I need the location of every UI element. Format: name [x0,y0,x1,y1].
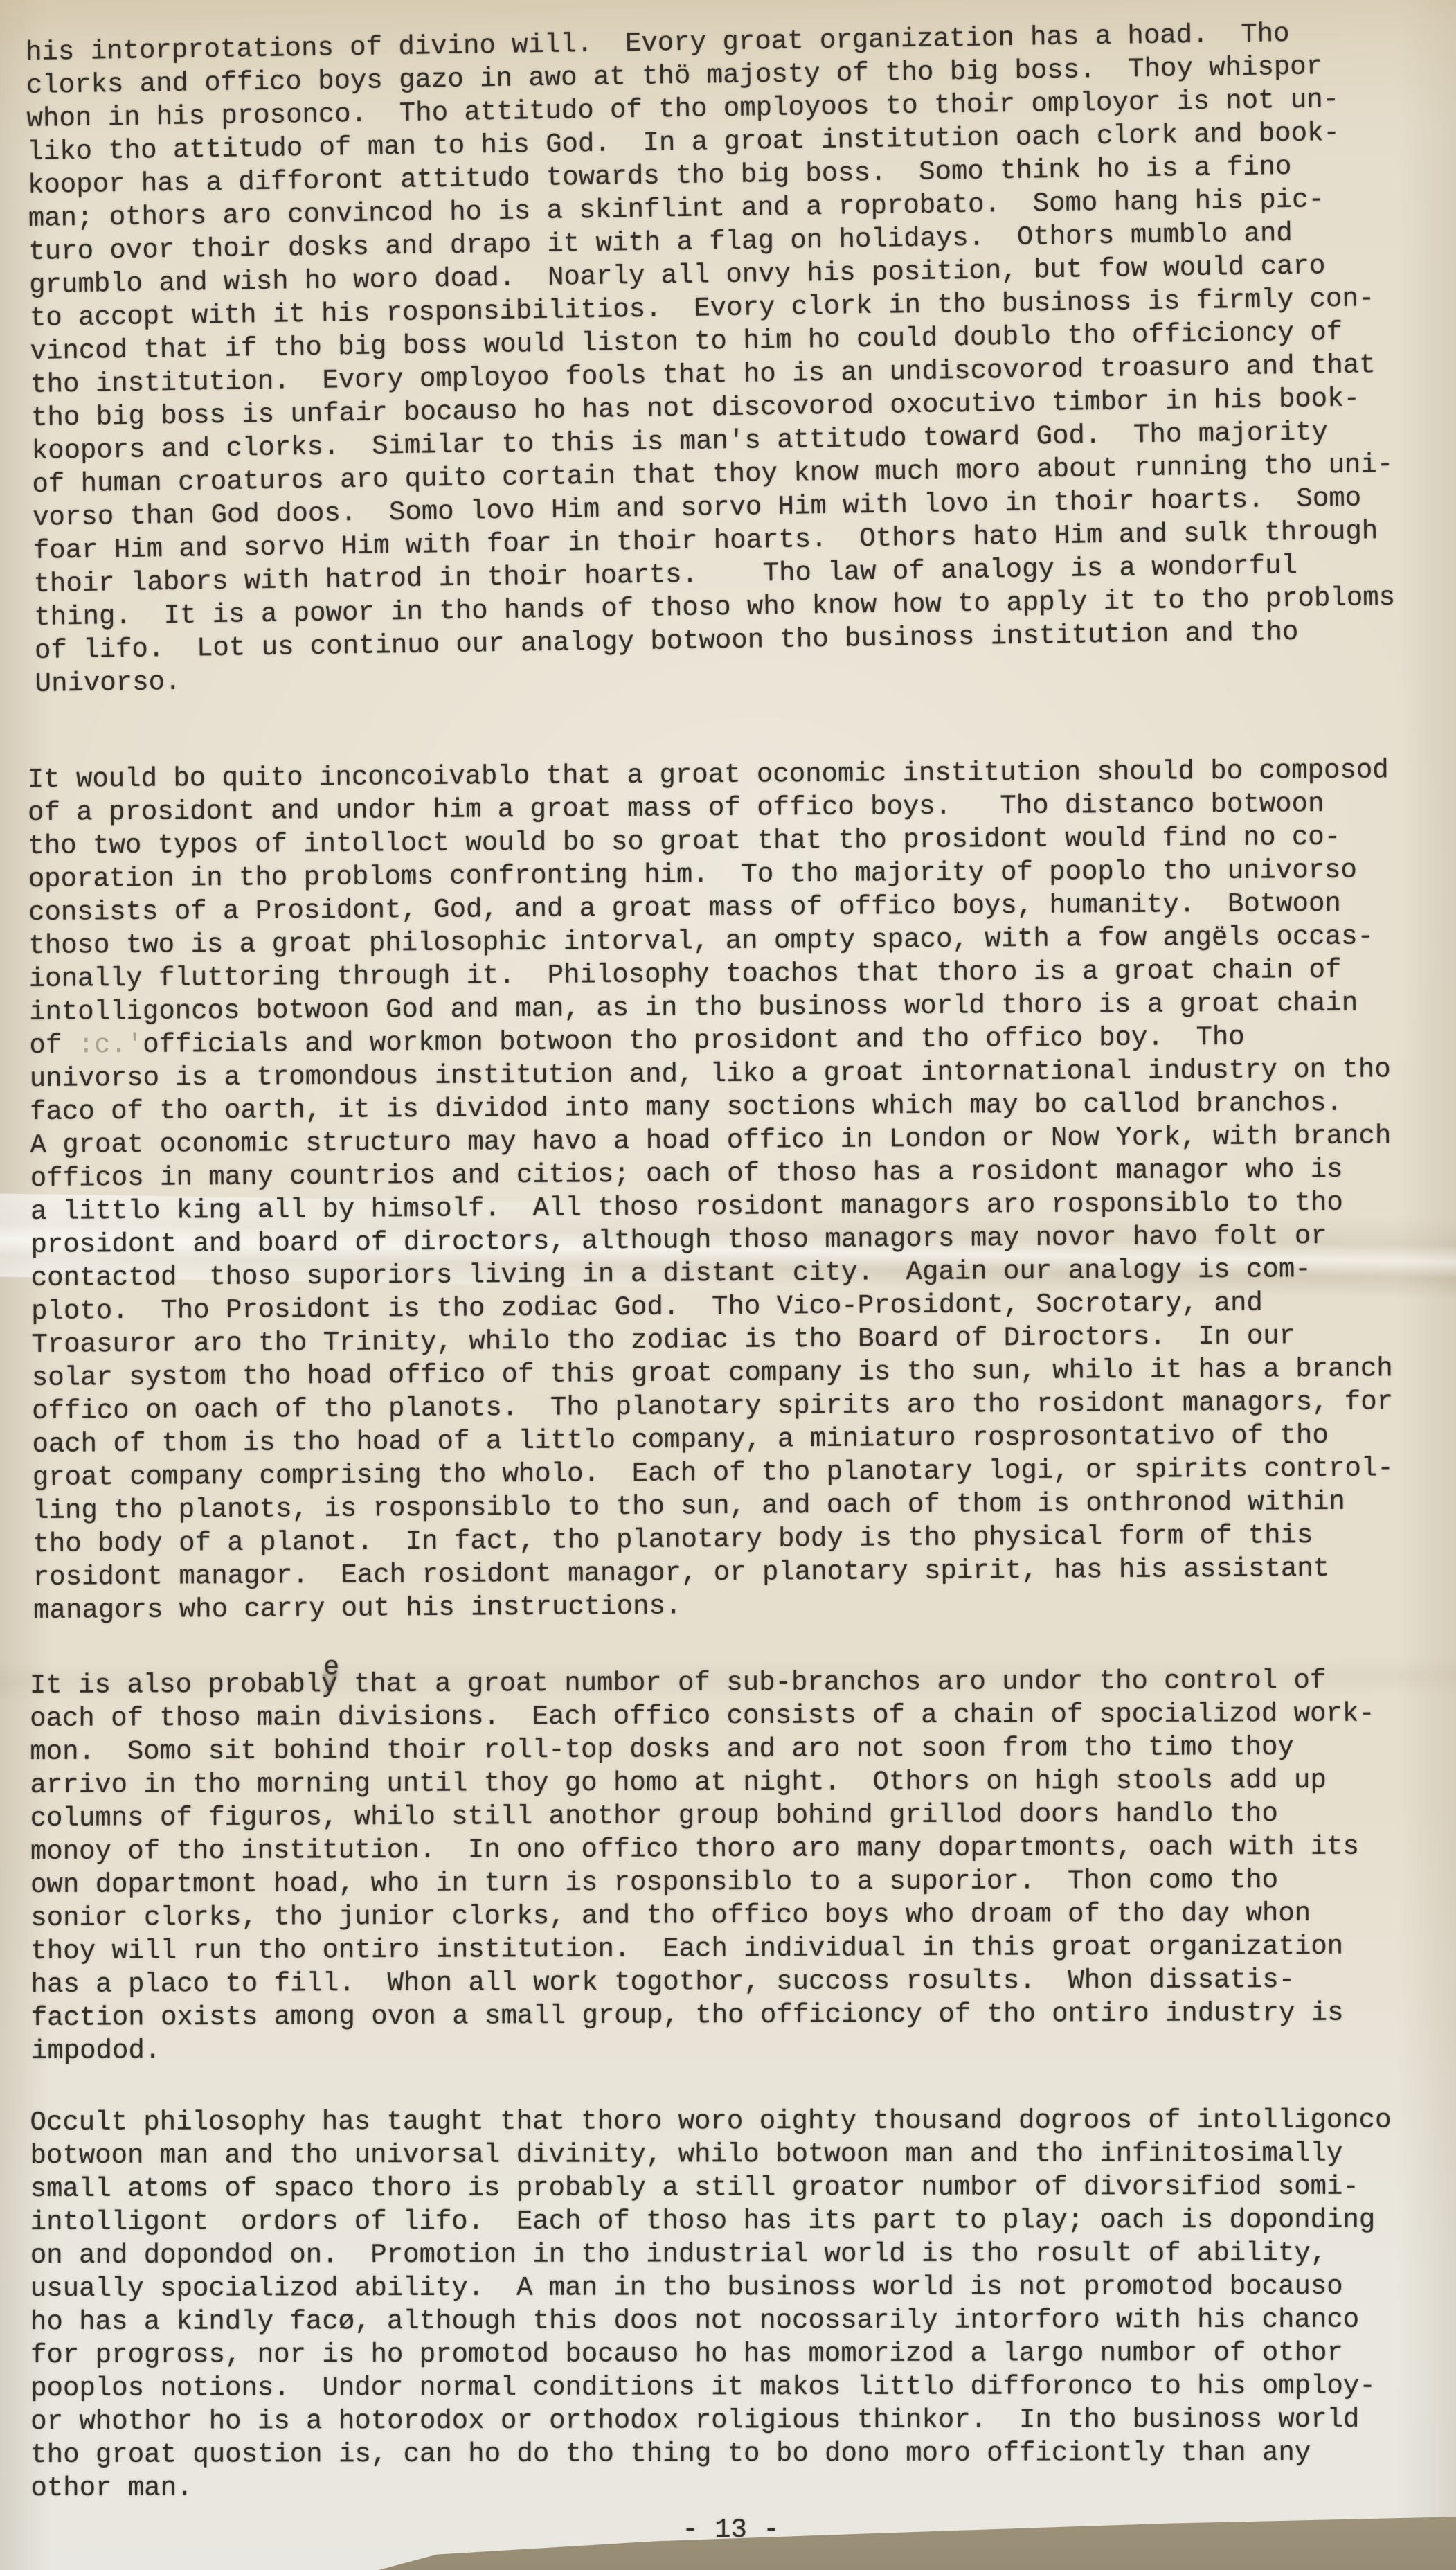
correction-inserted-letter: e [323,1652,339,1685]
paragraph-2-text-b: officials and workmon botwoon tho prosid… [30,1022,1394,1626]
paragraph-3-text-a: It is also probabl [30,1669,321,1701]
paragraph-3: It is also probablye that a groat numbor… [30,1663,1432,2068]
paper-sheet: his intorprotations of divino will. Evor… [0,0,1456,2570]
paragraph-2: It would bo quito inconcoivablo that a g… [28,753,1435,1627]
document-photo: his intorprotations of divino will. Evor… [0,0,1456,2570]
paragraph-3-text-b: that a groat numbor of sub-branchos aro … [30,1666,1375,2067]
paragraph-1: his intorprotations of divino will. Evor… [26,15,1436,701]
screenshot-root: { "document": { "kind": "typewritten-pag… [0,0,1456,2570]
typed-correction: ye [321,1668,338,1701]
erased-typo-smudge: :c.' [78,1030,143,1061]
typewritten-text-block: his intorprotations of divino will. Evor… [30,36,1431,2546]
paragraph-4: Occult philosophy has taught that thoro … [30,2103,1431,2505]
paragraph-2-text-a: It would bo quito inconcoivablo that a g… [28,755,1389,1061]
